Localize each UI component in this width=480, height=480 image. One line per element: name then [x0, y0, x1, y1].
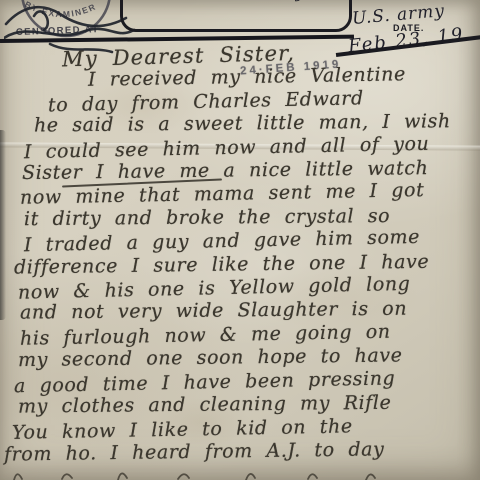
letterhead-box-text: ya. [294, 0, 319, 2]
partial-line-strokes [0, 466, 420, 480]
letter-body: My Dearest Sister, I received my nice Va… [0, 42, 480, 463]
letter-page: BY EXAMINER CENSORED AT ya. U.S. army DA… [0, 0, 480, 480]
letterhead-box: ya. [120, 0, 352, 32]
